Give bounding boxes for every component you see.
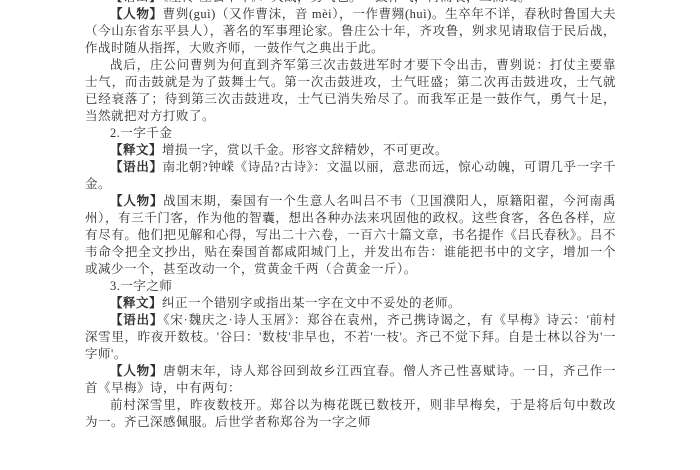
- document-text: 【语出】《左传·庄公十年》：夫战，勇气也。一鼓作气，再而衰，三而竭。【人物】曹刿…: [85, 0, 616, 431]
- paragraph: 【语出】《左传·庄公十年》：夫战，勇气也。一鼓作气，再而衰，三而竭。: [85, 0, 616, 6]
- field-label: 【人物】: [110, 7, 163, 21]
- paragraph: 【语出】《宋·魏庆之·诗人玉屑》：郑谷在袁州，齐己携诗谒之，有《早梅》诗云：'前…: [85, 312, 616, 363]
- section-heading: 3.一字之师: [85, 278, 616, 295]
- field-label: 【人物】: [110, 364, 163, 378]
- document-page: 【语出】《左传·庄公十年》：夫战，勇气也。一鼓作气，再而衰，三而竭。【人物】曹刿…: [0, 0, 700, 470]
- clipped-top-line: 【语出】《左传·庄公十年》：夫战，勇气也。一鼓作气，再而衰，三而竭。: [85, 0, 616, 6]
- paragraph: 【释文】增损一字，赏以千金。形容文辞精妙，不可更改。: [85, 142, 616, 159]
- paragraph: 【释文】纠正一个错别字或指出某一字在文中不妥处的老师。: [85, 295, 616, 312]
- field-label: 【人物】: [110, 194, 163, 208]
- section-heading: 2.一字千金: [85, 125, 616, 142]
- field-label: 【释文】: [110, 296, 162, 310]
- field-label: 【语出】: [110, 313, 163, 327]
- paragraph: 【人物】战国末期，秦国有一个生意人名叫吕不韦（卫国濮阳人，原籍阳翟，今河南禹州）…: [85, 193, 616, 278]
- paragraph: 战后，庄公问曹刿为何直到齐军第三次击鼓进军时才要下令出击，曹刿说：打仗主要靠士气…: [85, 57, 616, 125]
- paragraph: 【人物】唐朝末年，诗人郑谷回到故乡江西宜春。僧人齐己性喜赋诗。一日，齐己作一首《…: [85, 363, 616, 397]
- paragraph: 【人物】曹刿(guì)（又作曹沫，音 mèi），一作曹翙(huì)。生卒年不详，…: [85, 6, 616, 57]
- paragraph: 前村深雪里，昨夜数枝开。郑谷以为梅花既已数枝开，则非早梅矣，于是将后句中数改为一…: [85, 397, 616, 431]
- paragraph: 【语出】南北朝?钟嵘《诗品?古诗》：文温以丽，意悲而远，惊心动魄，可谓几乎一字千…: [85, 159, 616, 193]
- field-label: 【语出】: [110, 160, 163, 174]
- field-label: 【释文】: [110, 143, 162, 157]
